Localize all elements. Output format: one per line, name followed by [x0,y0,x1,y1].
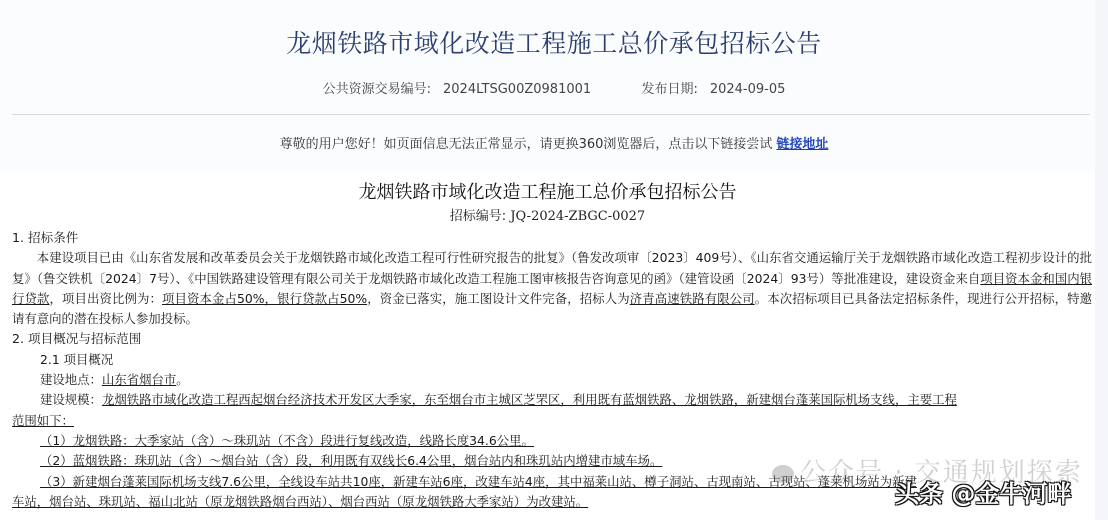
scope-item-1: （1）龙烟铁路：大季家站（含）～珠玑站（不含）段进行复线改造，线路长度34.6公… [12,431,1092,451]
scale-line: 建设规模：龙烟铁路市域化改造工程西起烟台经济技术开发区大季家，东至烟台市主城区芝… [12,390,1092,410]
para-text: ，资金已落实，施工图设计文件完备，招标人为 [367,291,630,306]
divider-top [12,114,1090,115]
location-value: 山东省烟台市 [102,372,176,387]
para-text: 本建设项目已由《山东省发展和改革委员会关于龙烟铁路市域化改造工程可行性研究报告的… [12,250,1092,285]
section-2-heading: 2. 项目概况与招标范围 [12,329,1092,349]
scale-line-cont: 范围如下： [12,411,1092,431]
notice-text: 尊敬的用户您好！如页面信息无法正常显示，请更换360浏览器后，点击以下链接尝试 [280,137,773,152]
meta-line: 公共资源交易编号:2024LTSG00Z0981001 发布日期:2024-09… [0,78,1108,97]
trade-no-value: 2024LTSG00Z0981001 [443,82,591,97]
punct: 。 [176,372,188,387]
para-text: ，项目出资比例为： [50,291,162,306]
publish-date-value: 2024-09-05 [710,82,786,97]
section-1-paragraph: 本建设项目已由《山东省发展和改革委员会关于龙烟铁路市域化改造工程可行性研究报告的… [12,248,1092,329]
section-1-heading: 1. 招标条件 [12,228,1092,248]
tender-number-value: JQ-2024-ZBGC-0027 [510,209,645,224]
scale-label: 建设规模： [40,392,102,407]
tender-number: 招标编号: JQ-2024-ZBGC-0027 [0,205,1095,224]
page-header: 龙烟铁路市域化改造工程施工总价承包招标公告 公共资源交易编号:2024LTSG0… [0,0,1108,114]
document-title: 龙烟铁路市域化改造工程施工总价承包招标公告 [0,178,1095,204]
page-title: 龙烟铁路市域化改造工程施工总价承包招标公告 [0,24,1108,60]
link-address[interactable]: 链接地址 [776,137,828,152]
wechat-logo-icon [772,465,794,483]
tenderer-name: 济青高速铁路有限公司 [630,291,755,306]
browser-notice: 尊敬的用户您好！如页面信息无法正常显示，请更换360浏览器后，点击以下链接尝试链… [0,133,1108,152]
publish-date-label: 发布日期: [641,82,697,97]
toutiao-watermark: 头条 @金牛河畔 [895,474,1071,509]
location-label: 建设地点： [40,372,102,387]
tender-number-label: 招标编号: [450,209,506,224]
scale-value: 龙烟铁路市域化改造工程西起烟台经济技术开发区大季家，东至烟台市主城区芝罘区，利用… [102,392,957,407]
page-edge [1095,0,1108,520]
funding-ratio: 项目资本金占50%，银行贷款占50% [162,291,367,306]
trade-no-label: 公共资源交易编号: [323,82,431,97]
location-line: 建设地点：山东省烟台市。 [12,370,1092,390]
section-2-1-heading: 2.1 项目概况 [12,350,1092,370]
